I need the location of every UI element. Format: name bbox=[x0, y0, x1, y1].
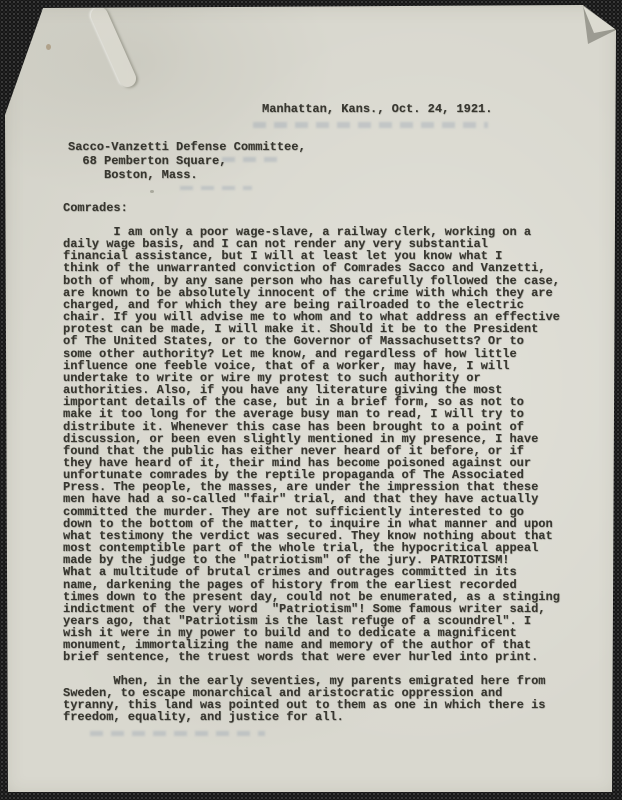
text-line: When, in the early seventies, my parents… bbox=[63, 675, 560, 687]
stain-speck bbox=[150, 190, 154, 193]
body-paragraph: When, in the early seventies, my parents… bbox=[63, 675, 560, 724]
letter-paper: Manhattan, Kans., Oct. 24, 1921. Sacco-V… bbox=[0, 0, 622, 800]
ink-ghost bbox=[90, 731, 265, 736]
scan-background: Manhattan, Kans., Oct. 24, 1921. Sacco-V… bbox=[0, 0, 622, 800]
text-line: freedom, equality, and justice for all. bbox=[63, 711, 560, 723]
text-line: 68 Pemberton Square, bbox=[68, 154, 306, 168]
dateline: Manhattan, Kans., Oct. 24, 1921. bbox=[262, 102, 492, 116]
text-line: men have had a so-called "fair" trial, a… bbox=[63, 493, 560, 505]
text-line: some other authority? Let me know, and r… bbox=[63, 348, 560, 360]
paperclip-impression bbox=[88, 4, 139, 89]
text-line: Sacco-Vanzetti Defense Committee, bbox=[68, 140, 306, 154]
ink-ghost bbox=[253, 122, 488, 128]
letter-body: I am only a poor wage-slave, a railway c… bbox=[63, 226, 560, 723]
text-line: What a multitude of brutal crimes and ou… bbox=[63, 566, 560, 578]
text-line: name, darkening the pages of history fro… bbox=[63, 579, 560, 591]
body-paragraph: I am only a poor wage-slave, a railway c… bbox=[63, 226, 560, 664]
ink-ghost bbox=[180, 186, 252, 190]
text-line: distribute it. Whenever this case has be… bbox=[63, 421, 560, 433]
text-line: committed the murder. They are not suffi… bbox=[63, 506, 560, 518]
text-line: discussion, or been even slightly mentio… bbox=[63, 433, 560, 445]
salutation: Comrades: bbox=[63, 202, 128, 215]
recipient-address: Sacco-Vanzetti Defense Committee, 68 Pem… bbox=[68, 140, 306, 182]
text-line: of The United States, or to the Governor… bbox=[63, 335, 560, 347]
stain-speck bbox=[46, 44, 51, 50]
text-line: make it too long for the average busy ma… bbox=[63, 408, 560, 420]
text-line: both of whom, by any sane person who has… bbox=[63, 275, 560, 287]
text-line: think of the unwarranted conviction of C… bbox=[63, 262, 560, 274]
text-line: Boston, Mass. bbox=[68, 168, 306, 182]
text-line: brief sentence, the truest words that we… bbox=[63, 651, 560, 663]
